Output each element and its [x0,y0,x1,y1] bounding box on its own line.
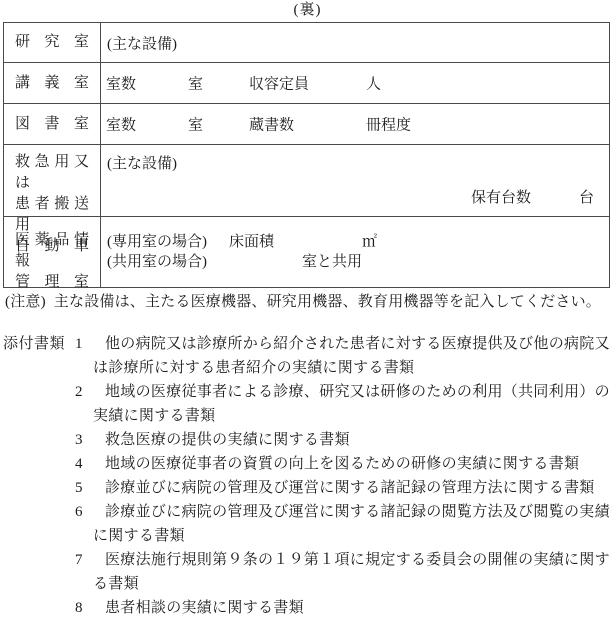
list-item-text: る書類 [93,572,139,596]
list-item-continuation: 実績に関する書類 [3,404,615,428]
row-content-cell: (専用室の場合) 床面積 ㎡ (共用室の場合) 室と共用 [101,217,609,287]
list-item-number: 3 [75,428,83,452]
main-equipment-note: (主な設備) [107,152,177,173]
row-label-cell: 研究室 [4,23,101,62]
row-label-cell: 救急用又は 患者搬送用 自動車 [4,145,101,216]
caution-text: 主な設備は、主たる医療機器、研究用機器、教育用機器等を記入してください。 [54,294,601,310]
list-item: 1他の病院又は診療所から紹介された患者に対する医療提供及び他の病院又 [3,332,615,356]
table-row-research-room: 研究室 (主な設備) [4,23,609,63]
list-item-number: 1 [75,332,83,356]
list-item-text: に関する書類 [93,524,185,548]
list-item-continuation: は診療所に対する患者紹介の実績に関する書類 [3,356,615,380]
list-item-text: 救急医療の提供の実績に関する書類 [105,428,350,452]
row-label-line: 医薬品情報 [15,230,89,272]
list-item-number: 6 [75,500,83,524]
book-unit-label: 冊程度 [366,114,411,135]
row-content-cell: (主な設備) [101,23,609,62]
list-item: 2地域の医療従事者による診療、研究又は研修のための利用（共同利用）の [3,380,615,404]
list-item-number: 4 [75,452,83,476]
holdings-unit-label: 台 [579,186,594,207]
dedicated-room-note: (専用室の場合) [107,230,207,251]
person-unit-label: 人 [366,73,381,94]
room-unit-label: 室 [188,73,203,94]
holdings-label: 保有台数 [471,186,531,207]
room-unit-label: 室 [188,114,203,135]
list-item-number: 2 [75,380,83,404]
room-count-label: 室数 [106,114,136,135]
list-item-text: 診療並びに病院の管理及び運営に関する諸記録の管理方法に関する書類 [105,476,595,500]
list-item: 4地域の医療従事者の資質の向上を図るための研修の実績に関する書類 [3,452,615,476]
row-label: 図書室 [15,114,89,135]
row-label-cell: 講義室 [4,63,101,103]
list-item-text: 地域の医療従事者による診療、研究又は研修のための利用（共同利用）の [105,380,610,404]
shared-with-label: 室と共用 [302,250,362,271]
table-row-library-room: 図書室 室数 室 蔵書数 冊程度 [4,104,609,145]
row-content-cell: (主な設備) 保有台数 台 [101,145,609,216]
caution-label: (注意) [5,294,46,310]
list-item-text: 実績に関する書類 [93,404,215,428]
form-back-page: (裏) 研究室 (主な設備) 講義室 室数 室 収容定員 人 図書室 [0,0,615,621]
table-row-drug-info-room: 医薬品情報 管理室 (専用室の場合) 床面積 ㎡ (共用室の場合) 室と共用 [4,217,609,287]
list-item: 6診療並びに病院の管理及び運営に関する諸記録の閲覧方法及び閲覧の実績 [3,500,615,524]
caution-note: (注意)主な設備は、主たる医療機器、研究用機器、教育用機器等を記入してください。 [5,290,613,311]
list-item-text: 患者相談の実績に関する書類 [105,596,304,620]
page-title: (裏) [0,0,615,20]
list-item-text: 他の病院又は診療所から紹介された患者に対する医療提供及び他の病院又 [105,332,610,356]
row-label: 講義室 [15,73,89,94]
list-item-number: 8 [75,596,83,620]
list-item-text: は診療所に対する患者紹介の実績に関する書類 [93,356,414,380]
main-equipment-note: (主な設備) [107,32,177,53]
row-content-cell: 室数 室 蔵書数 冊程度 [101,104,609,144]
book-count-label: 蔵書数 [249,114,294,135]
sqm-unit-label: ㎡ [362,230,377,251]
row-content-cell: 室数 室 収容定員 人 [101,63,609,103]
list-item-continuation: に関する書類 [3,524,615,548]
list-item-number: 5 [75,476,83,500]
list-item: 8患者相談の実績に関する書類 [3,596,615,620]
row-label-line: 救急用又は [15,152,89,194]
list-item: 7医療法施行規則第９条の１９第１項に規定する委員会の開催の実績に関す [3,548,615,572]
shared-room-note: (共用室の場合) [107,250,207,271]
list-item-number: 7 [75,548,83,572]
facility-table: 研究室 (主な設備) 講義室 室数 室 収容定員 人 図書室 室数 室 [3,22,610,288]
row-label-cell: 医薬品情報 管理室 [4,217,101,287]
floor-area-label: 床面積 [229,230,274,251]
list-item: 5診療並びに病院の管理及び運営に関する諸記録の管理方法に関する書類 [3,476,615,500]
capacity-label: 収容定員 [249,73,309,94]
row-label: 研究室 [15,32,89,53]
list-item-text: 地域の医療従事者の資質の向上を図るための研修の実績に関する書類 [105,452,579,476]
list-item: 3救急医療の提供の実績に関する書類 [3,428,615,452]
row-label-cell: 図書室 [4,104,101,144]
table-row-ambulance: 救急用又は 患者搬送用 自動車 (主な設備) 保有台数 台 [4,145,609,217]
list-item-text: 医療法施行規則第９条の１９第１項に規定する委員会の開催の実績に関す [105,548,610,572]
room-count-label: 室数 [106,73,136,94]
list-item-text: 診療並びに病院の管理及び運営に関する諸記録の閲覧方法及び閲覧の実績 [105,500,610,524]
list-item-continuation: る書類 [3,572,615,596]
attachment-list: 添付書類 1他の病院又は診療所から紹介された患者に対する医療提供及び他の病院又 … [3,332,615,620]
table-row-lecture-room: 講義室 室数 室 収容定員 人 [4,63,609,104]
